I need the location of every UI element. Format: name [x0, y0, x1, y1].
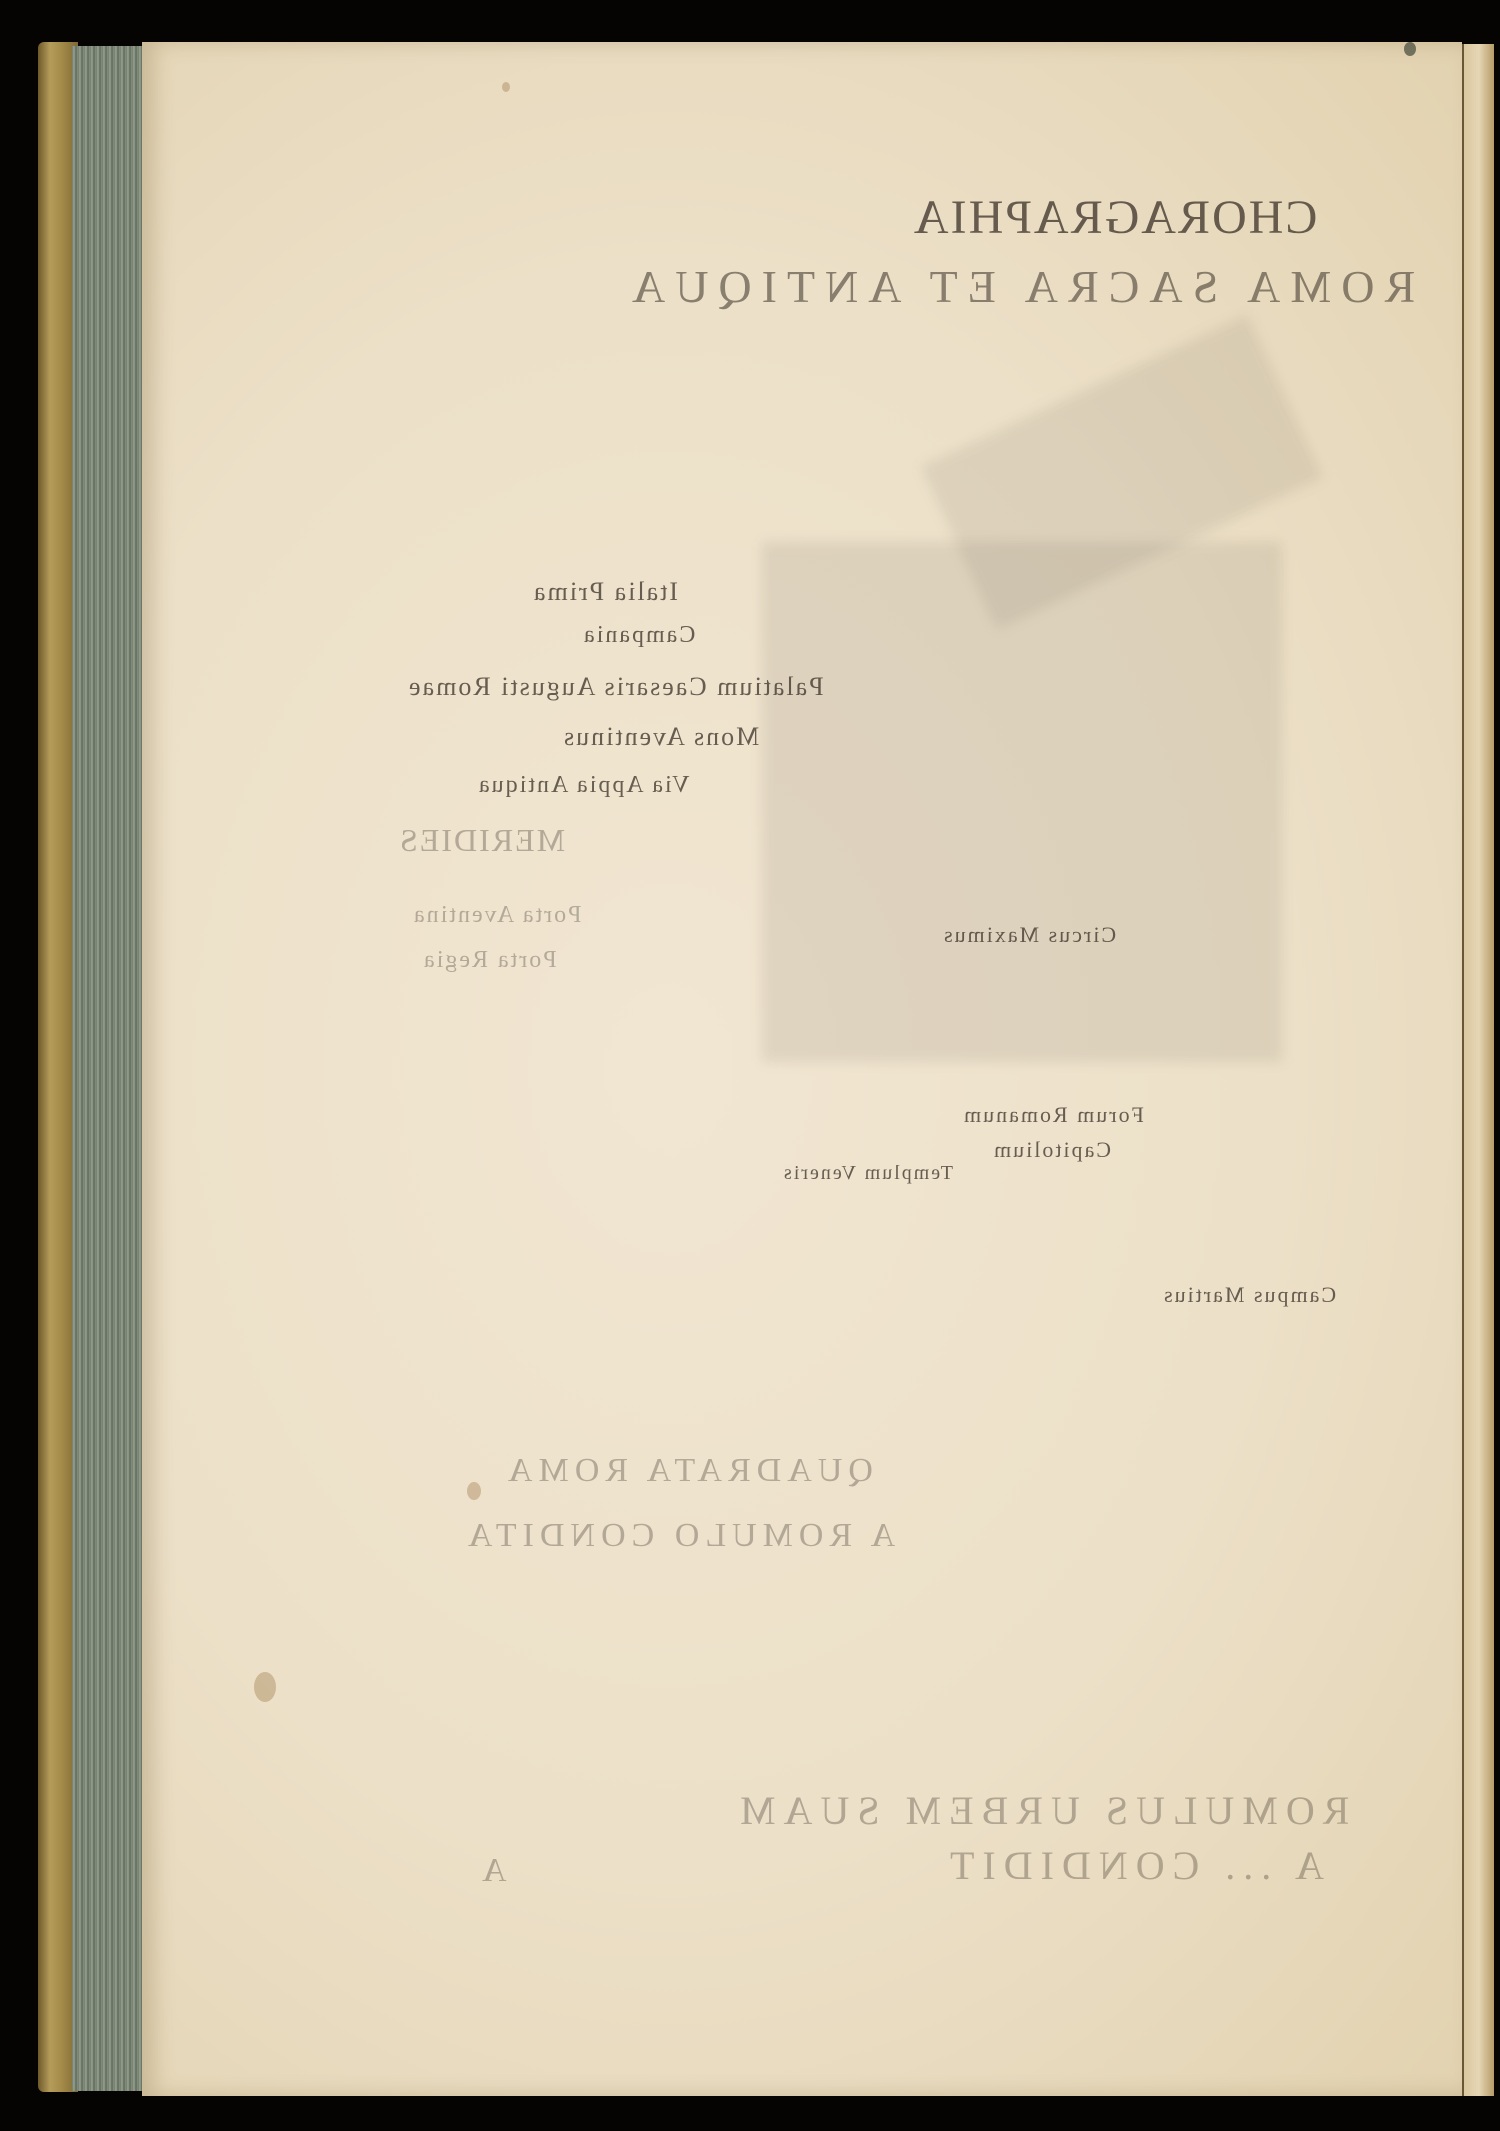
foxing-stain — [502, 82, 510, 92]
ink-spot — [1404, 42, 1416, 56]
bleed-label-regio: Porta Regia — [422, 947, 557, 974]
bleed-footer-line-2: A ROMULO CONDITA — [462, 1517, 895, 1555]
bleed-map-label-3: Capitolium — [992, 1137, 1111, 1163]
bleed-center-line-4: Mons Aventinus — [562, 722, 759, 752]
bleed-footer-line-1: QUADRATA ROMA — [502, 1452, 873, 1490]
bleed-map-label-4: Templum Veneris — [782, 1162, 953, 1185]
foxing-stain — [467, 1482, 481, 1500]
bleed-map-label-1: Circus Maximus — [942, 922, 1116, 948]
bleed-header-line-2: ROMA SACRA ET ANTIQUA — [622, 260, 1415, 313]
page-fore-edges — [72, 46, 144, 2091]
bleed-header-line-1: CHORAGRAPHIA — [912, 190, 1317, 245]
bleed-label-porta: Porta Aventina — [412, 902, 582, 929]
bleed-center-line-5: Via Appia Antiqua — [477, 772, 690, 799]
bleed-center-line-2: Campania — [582, 622, 695, 649]
bleed-center-line-1: Italia Prima — [532, 577, 678, 607]
bleed-catchword-line-1: ROMULUS URBEM SUAM — [732, 1787, 1349, 1834]
show-through-map-area — [762, 542, 1282, 1062]
bleed-map-label-5: Campus Martius — [1162, 1282, 1336, 1308]
bleed-map-label-2: Forum Romanum — [962, 1102, 1144, 1128]
facing-page-edge — [1462, 44, 1494, 2096]
bleed-signature-mark: A — [480, 1852, 507, 1890]
bleed-center-line-3: Palatium Caesaris Augusti Romae — [407, 672, 824, 702]
foxing-stain — [254, 1672, 276, 1702]
book-page: CHORAGRAPHIA ROMA SACRA ET ANTIQUA Itali… — [142, 42, 1462, 2096]
bleed-label-meridies: MERIDIES — [398, 822, 565, 859]
bleed-catchword-line-2: A ... CONDIDIT — [942, 1842, 1324, 1889]
